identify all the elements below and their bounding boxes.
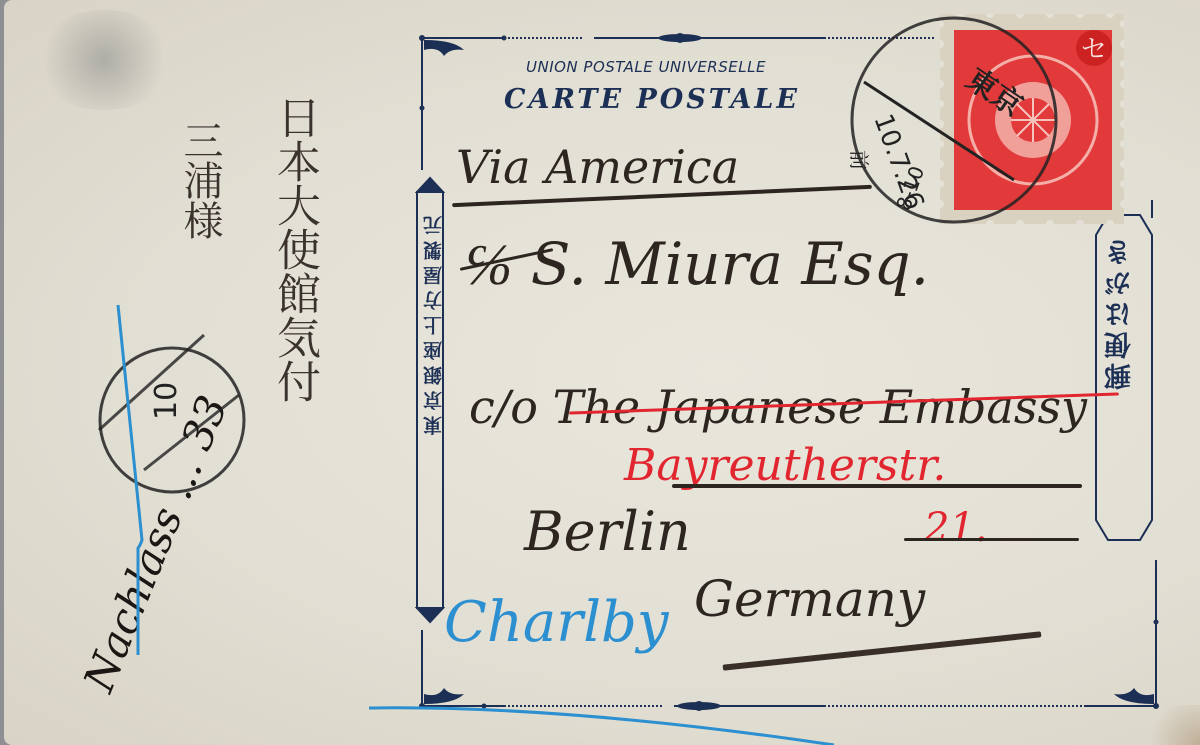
postcard: UNION POSTALE UNIVERSELLE CARTE POSTALE … (4, 0, 1200, 745)
svg-text:前: 前 (847, 150, 871, 170)
svg-text:東京: 東京 (960, 62, 1029, 125)
tokyo-postmark: 東京 10.7.26 前 8-10 (4, 0, 1200, 745)
